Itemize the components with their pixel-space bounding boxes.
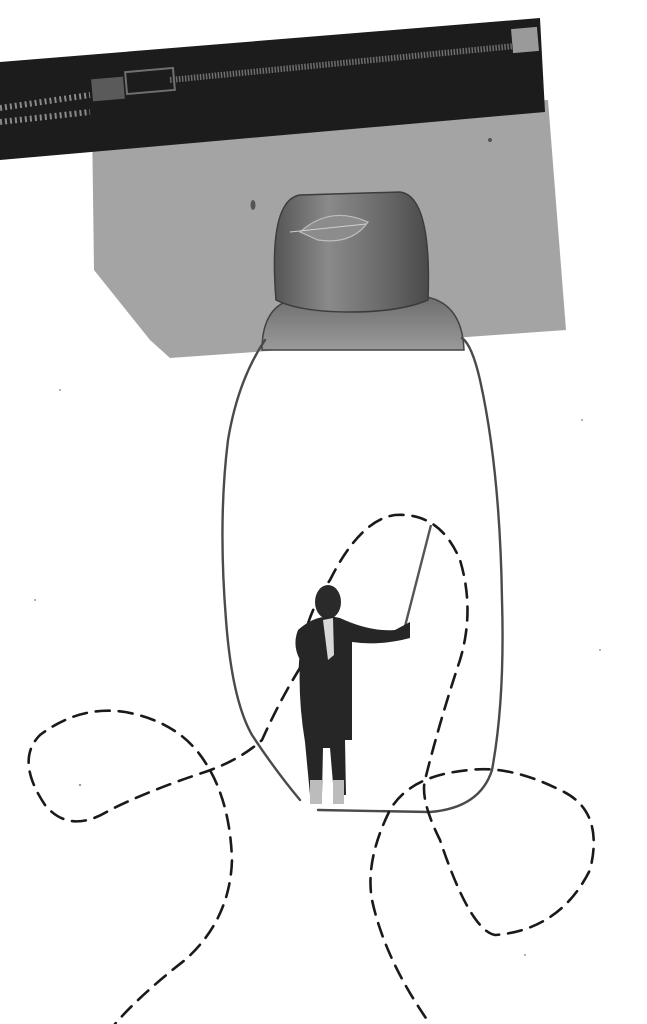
- card-speck: [251, 200, 256, 210]
- bottle-outline: [222, 338, 502, 812]
- bottle-cap: [274, 192, 428, 312]
- zipper-pull-icon: [91, 77, 125, 102]
- standing-figure: [295, 525, 431, 804]
- card-speck: [488, 138, 492, 142]
- zipper-stop-icon: [511, 27, 539, 53]
- stick: [402, 525, 431, 638]
- collage-canvas: [0, 0, 647, 1024]
- collage-artwork: [0, 0, 647, 1024]
